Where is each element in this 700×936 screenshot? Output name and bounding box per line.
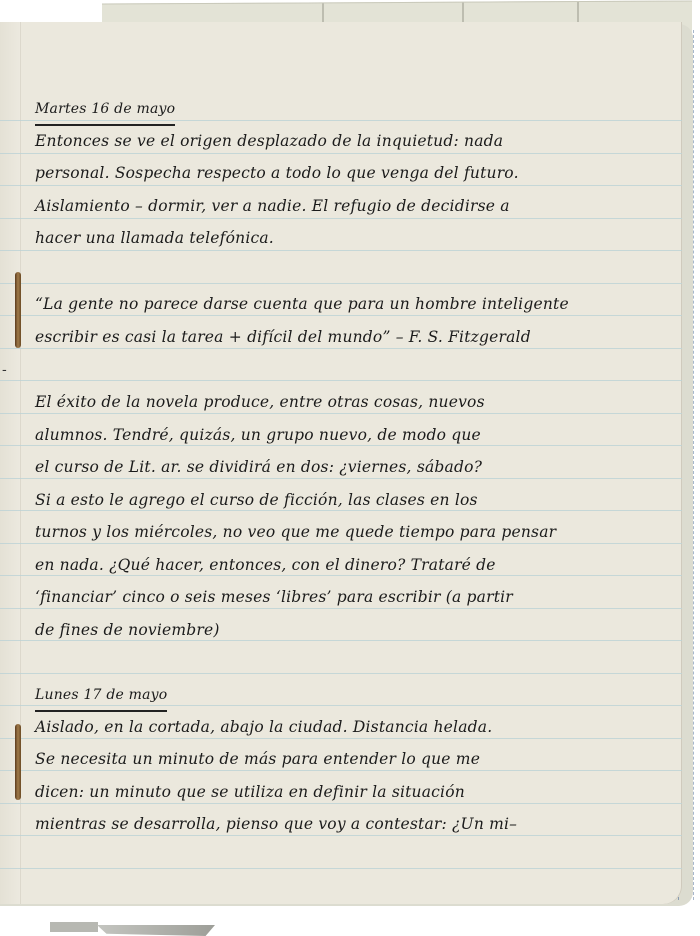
text-line: personal. Sospecha respecto a todo lo qu… xyxy=(35,157,675,190)
diary-entry-1: Martes 16 de mayo Entonces se ve el orig… xyxy=(35,92,675,255)
quote-line: escribir es casi la tarea + difícil del … xyxy=(35,321,675,354)
rule-line xyxy=(0,868,682,869)
text-line: ‘financiar’ cinco o seis meses ‘libres’ … xyxy=(35,581,675,614)
underlying-page-tab xyxy=(50,922,98,932)
text-line: Si a esto le agrego el curso de ficción,… xyxy=(35,484,675,517)
underlying-page-fold xyxy=(97,925,215,936)
quote-line: “La gente no parece darse cuenta que par… xyxy=(35,288,675,321)
rule-line xyxy=(0,283,682,284)
text-line: hacer una llamada telefónica. xyxy=(35,222,675,255)
quote-block: “La gente no parece darse cuenta que par… xyxy=(35,288,675,353)
staple-bottom xyxy=(15,724,21,800)
entry-date: Lunes 17 de mayo xyxy=(35,682,167,712)
text-line: Aislamiento – dormir, ver a nadie. El re… xyxy=(35,190,675,223)
rule-line xyxy=(0,673,682,674)
text-line: alumnos. Tendré, quizás, un grupo nuevo,… xyxy=(35,419,675,452)
text-line: Entonces se ve el origen desplazado de l… xyxy=(35,125,675,158)
notebook-page: - Martes 16 de mayo Entonces se ve el or… xyxy=(0,22,682,904)
text-line: El éxito de la novela produce, entre otr… xyxy=(35,386,675,419)
text-line: dicen: un minuto que se utiliza en defin… xyxy=(35,776,675,809)
text-line: Se necesita un minuto de más para entend… xyxy=(35,743,675,776)
entry-date: Martes 16 de mayo xyxy=(35,96,175,126)
text-line: turnos y los miércoles, no veo que me qu… xyxy=(35,516,675,549)
paragraph-exito: El éxito de la novela produce, entre otr… xyxy=(35,386,675,646)
margin-mark: - xyxy=(2,362,7,378)
text-line: mientras se desarrolla, pienso que voy a… xyxy=(35,808,675,841)
diary-entry-2: Lunes 17 de mayo Aislado, en la cortada,… xyxy=(35,678,675,841)
rule-line xyxy=(0,380,682,381)
text-line: en nada. ¿Qué hacer, entonces, con el di… xyxy=(35,549,675,582)
text-line: Aislado, en la cortada, abajo la ciudad.… xyxy=(35,711,675,744)
text-line: el curso de Lit. ar. se dividirá en dos:… xyxy=(35,451,675,484)
text-line: de fines de noviembre) xyxy=(35,614,675,647)
staple-top xyxy=(15,272,21,348)
